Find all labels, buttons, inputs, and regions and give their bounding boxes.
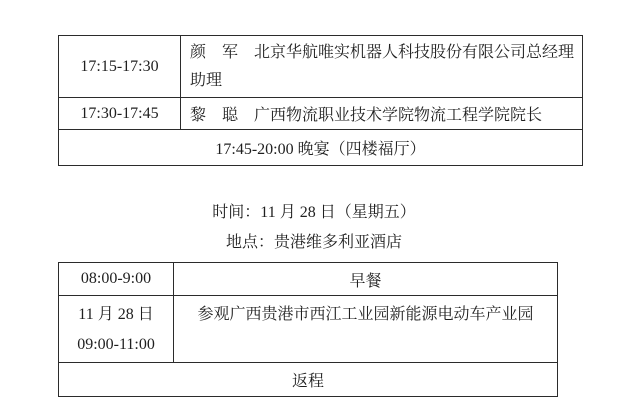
table-row-merged: 返程: [59, 363, 557, 396]
time-slot-cell: 17:30-17:45: [59, 98, 181, 129]
time-slot-cell: 17:15-17:30: [59, 36, 181, 97]
date-time-slot-cell: 11 月 28 日 09:00-11:00: [59, 296, 174, 362]
table-row: 08:00-9:00 早餐: [59, 263, 557, 296]
activity-cell: 参观广西贵港市西江工业园新能源电动车产业园: [174, 296, 557, 362]
activity-cell: 早餐: [174, 263, 557, 295]
dinner-banquet-cell: 17:45-20:00 晚宴（四楼福厅）: [59, 130, 582, 165]
agenda-document-page: 17:15-17:30 颜 军 北京华航唯实机器人科技股份有限公司总经理助理 1…: [0, 0, 628, 419]
time-range-line: 09:00-11:00: [77, 330, 155, 360]
table-row: 11 月 28 日 09:00-11:00 参观广西贵港市西江工业园新能源电动车…: [59, 296, 557, 363]
session-location-line: 地点：贵港维多利亚酒店: [0, 228, 628, 258]
date-line: 11 月 28 日: [78, 300, 153, 330]
return-trip-cell: 返程: [59, 363, 557, 396]
speaker-detail-cell: 黎 聪 广西物流职业技术学院物流工程学院院长: [181, 98, 582, 129]
time-slot-cell: 08:00-9:00: [59, 263, 174, 295]
table-row: 17:30-17:45 黎 聪 广西物流职业技术学院物流工程学院院长: [59, 98, 582, 130]
session-date-line: 时间：11 月 28 日（星期五）: [0, 198, 628, 228]
speaker-detail-cell: 颜 军 北京华航唯实机器人科技股份有限公司总经理助理: [181, 36, 582, 97]
day-schedule-table: 08:00-9:00 早餐 11 月 28 日 09:00-11:00 参观广西…: [58, 262, 558, 397]
table-row: 17:15-17:30 颜 军 北京华航唯实机器人科技股份有限公司总经理助理: [59, 36, 582, 98]
session-info: 时间：11 月 28 日（星期五） 地点：贵港维多利亚酒店: [0, 198, 628, 258]
table-row-merged: 17:45-20:00 晚宴（四楼福厅）: [59, 130, 582, 165]
evening-schedule-table: 17:15-17:30 颜 军 北京华航唯实机器人科技股份有限公司总经理助理 1…: [58, 35, 583, 166]
